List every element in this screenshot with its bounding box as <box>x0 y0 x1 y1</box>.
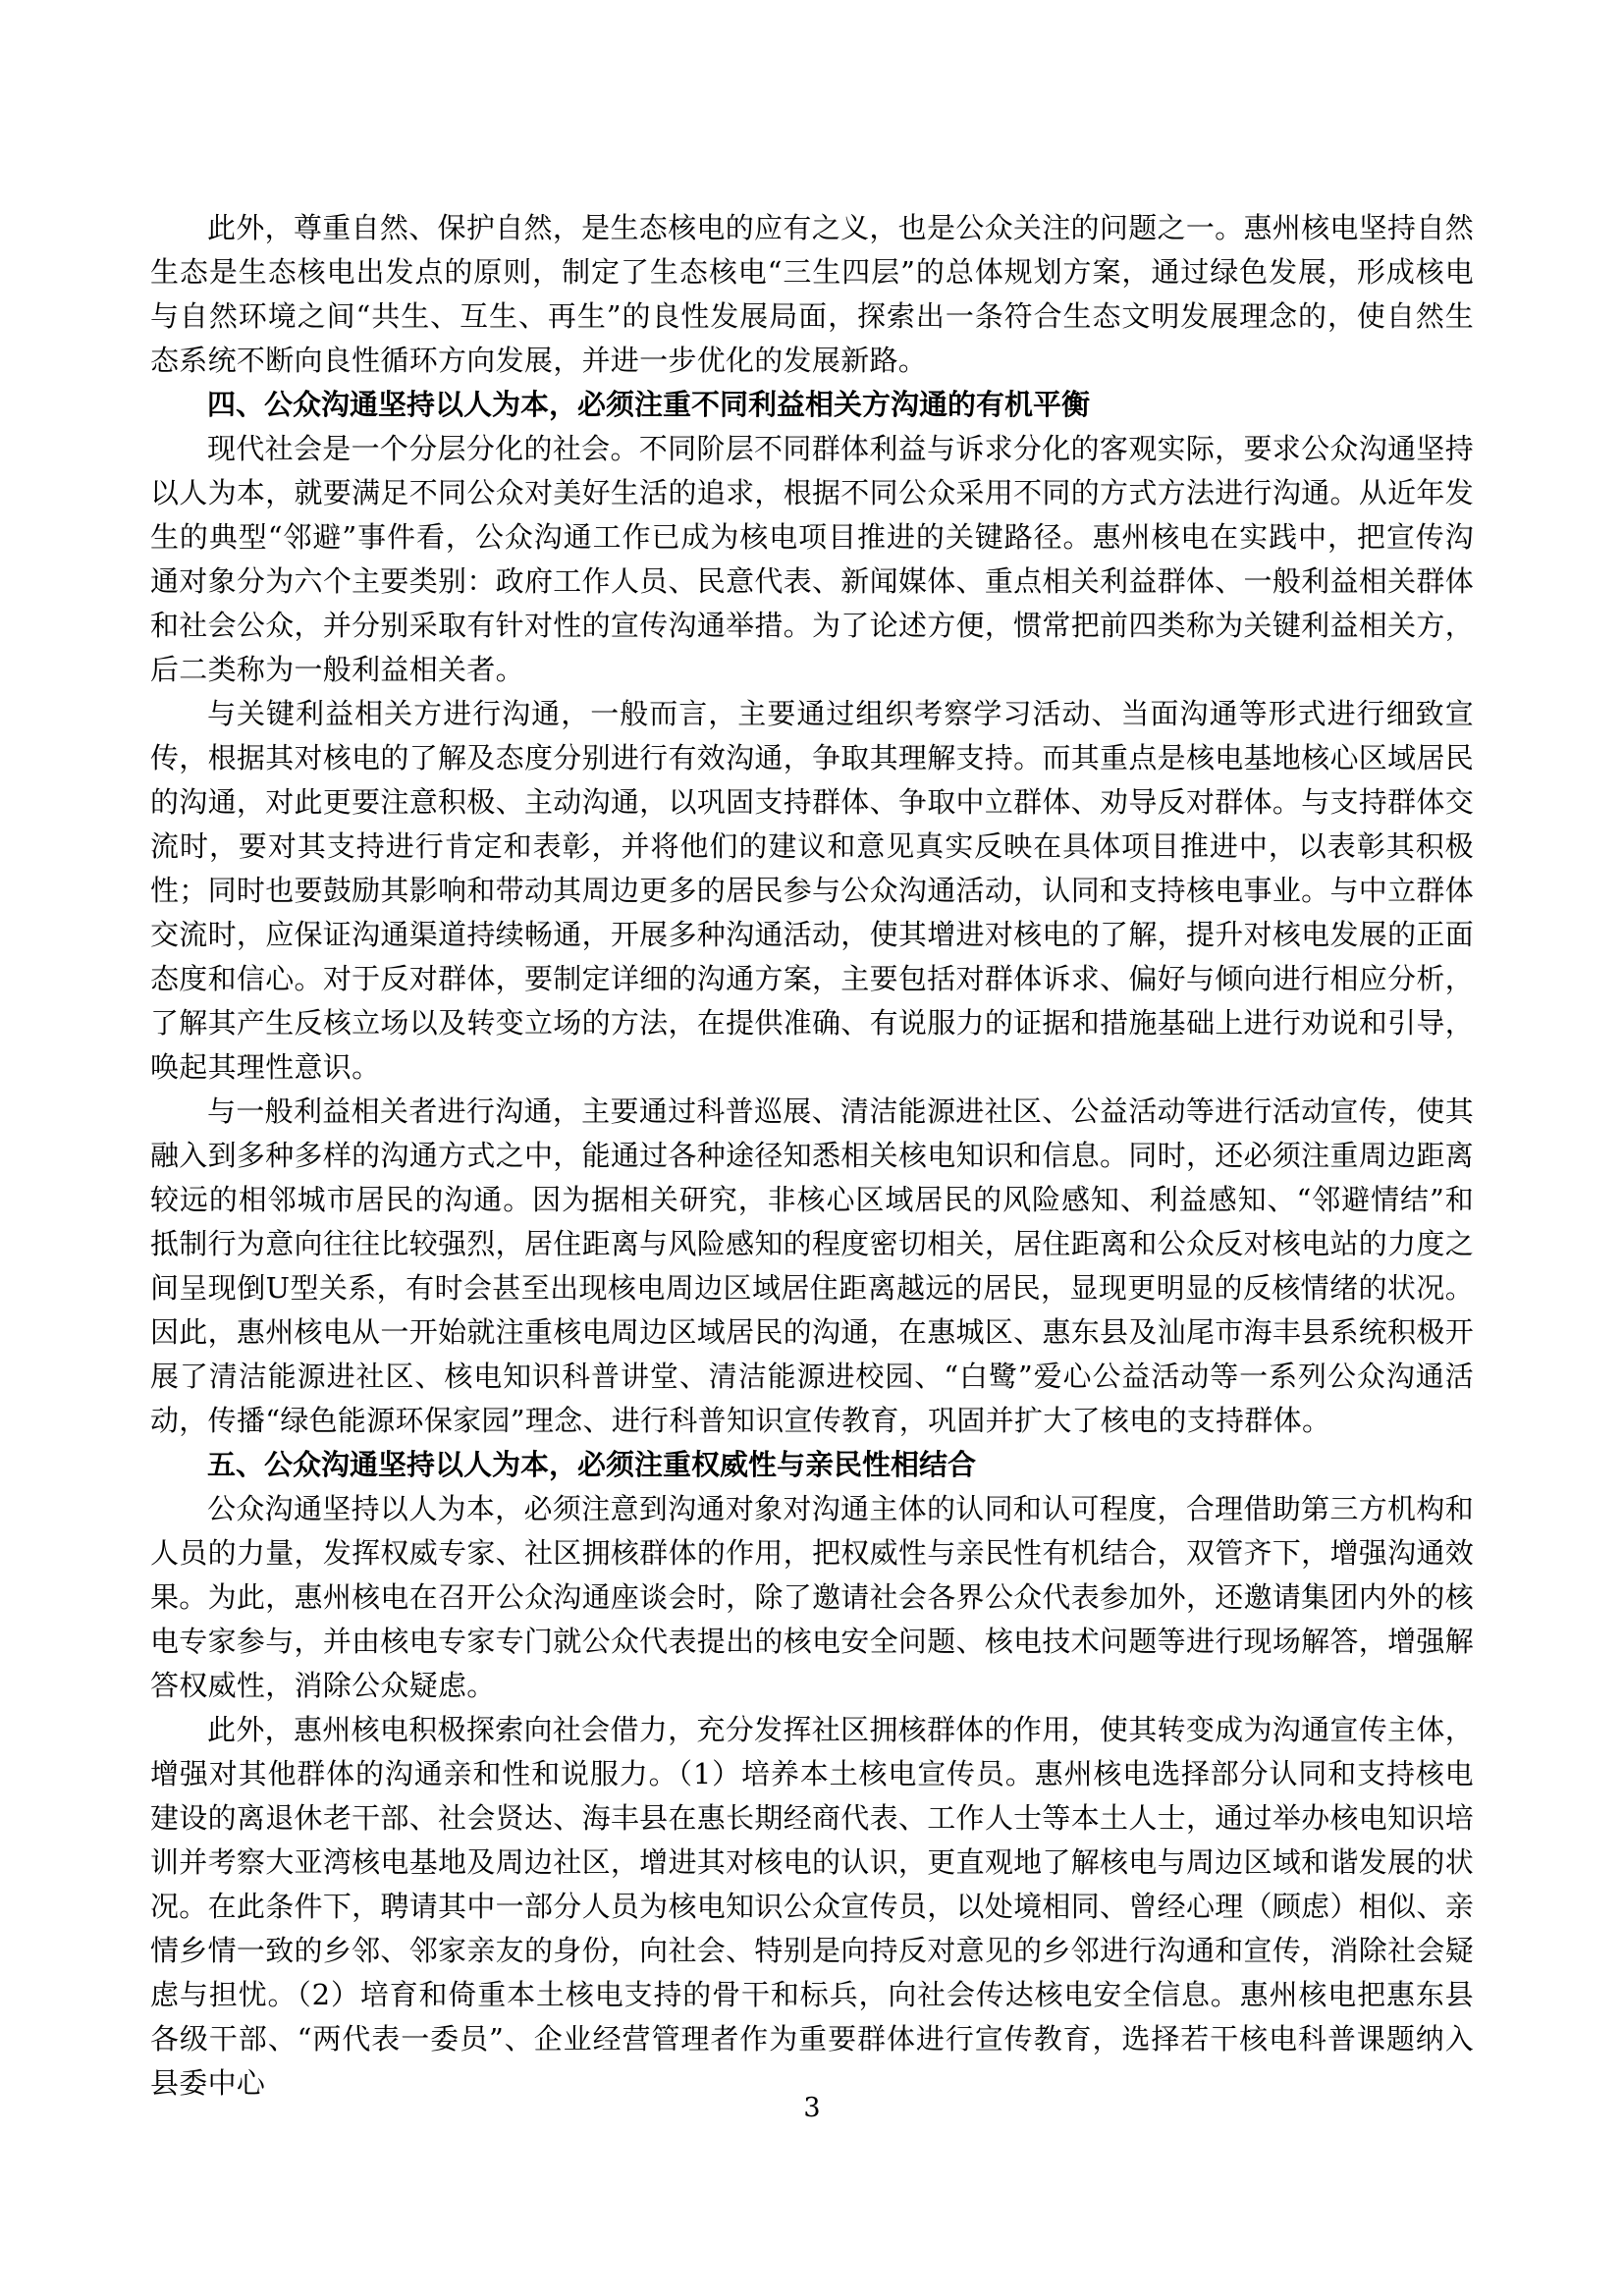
section-heading: 五、公众沟通坚持以人为本，必须注重权威性与亲民性相结合 <box>150 1443 1474 1487</box>
page-footer: 3 <box>0 2089 1624 2128</box>
paragraph: 公众沟通坚持以人为本，必须注意到沟通对象对沟通主体的认同和认可程度，合理借助第三… <box>150 1487 1474 1708</box>
paragraph: 现代社会是一个分层分化的社会。不同阶层不同群体利益与诉求分化的客观实际，要求公众… <box>150 427 1474 692</box>
document-page: 此外，尊重自然、保护自然，是生态核电的应有之义，也是公众关注的问题之一。惠州核电… <box>0 0 1624 2296</box>
document-body: 此外，尊重自然、保护自然，是生态核电的应有之义，也是公众关注的问题之一。惠州核电… <box>150 206 1474 2106</box>
paragraph: 与关键利益相关方进行沟通，一般而言，主要通过组织考察学习活动、当面沟通等形式进行… <box>150 692 1474 1090</box>
page-number: 3 <box>803 2093 820 2123</box>
paragraph: 与一般利益相关者进行沟通，主要通过科普巡展、清洁能源进社区、公益活动等进行活动宣… <box>150 1090 1474 1443</box>
section-heading: 四、公众沟通坚持以人为本，必须注重不同利益相关方沟通的有机平衡 <box>150 383 1474 427</box>
paragraph: 此外，惠州核电积极探索向社会借力，充分发挥社区拥核群体的作用，使其转变成为沟通宣… <box>150 1708 1474 2106</box>
paragraph: 此外，尊重自然、保护自然，是生态核电的应有之义，也是公众关注的问题之一。惠州核电… <box>150 206 1474 383</box>
